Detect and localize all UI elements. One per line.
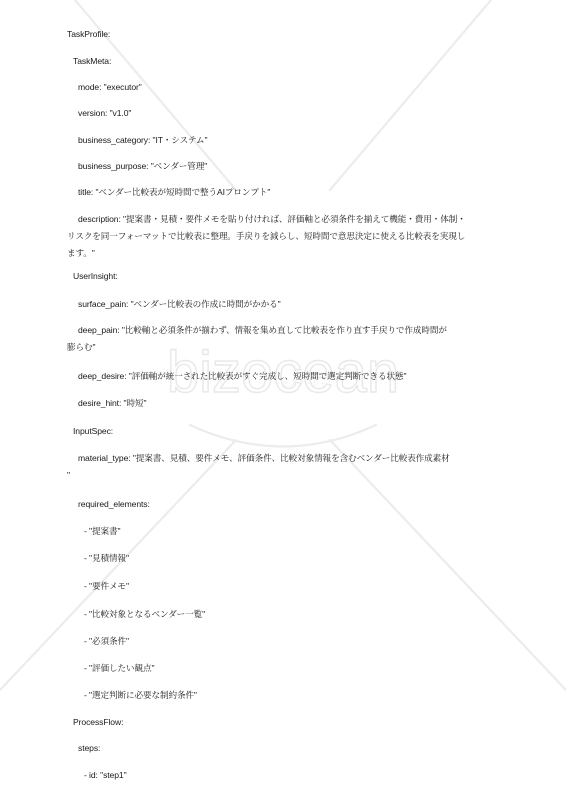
user-insight-heading: UserInsight: bbox=[73, 268, 118, 285]
required-element-item: - "提案書" bbox=[84, 523, 120, 540]
required-element-item: - "見積情報" bbox=[84, 550, 129, 567]
title-field: title: "ベンダー比較表が短時間で整うAIプロンプト" bbox=[78, 184, 270, 201]
required-element-item: - "要件メモ" bbox=[84, 578, 129, 595]
description-field-line1: description: "提案書・見積・要件メモを貼り付ければ、評価軸と必須条… bbox=[78, 211, 466, 228]
required-element-item: - "選定判断に必要な制約条件" bbox=[84, 687, 197, 704]
process-flow-heading: ProcessFlow: bbox=[73, 714, 123, 731]
required-element-item: - "評価したい観点" bbox=[84, 660, 154, 677]
description-field-line2: リスクを同一フォーマットで比較表に整理。手戻りを減らし、短時間で意思決定に使える… bbox=[67, 228, 465, 245]
material-type-field-line2: " bbox=[67, 467, 70, 484]
business-category-field: business_category: "IT・システム" bbox=[78, 132, 207, 149]
deep-pain-field-line2: 膨らむ" bbox=[67, 339, 95, 356]
document-page: TaskProfile: TaskMeta: mode: "executor" … bbox=[0, 0, 566, 800]
mode-field: mode: "executor" bbox=[78, 79, 142, 96]
required-elements-heading: required_elements: bbox=[78, 496, 150, 513]
steps-heading: steps: bbox=[78, 740, 100, 757]
material-type-field-line1: material_type: "提案書、見積、要件メモ、評価条件、比較対象情報を… bbox=[78, 450, 450, 467]
task-meta-heading: TaskMeta: bbox=[73, 53, 111, 70]
root-heading: TaskProfile: bbox=[67, 26, 110, 43]
version-field: version: "v1.0" bbox=[78, 105, 131, 122]
deep-pain-field-line1: deep_pain: "比較軸と必須条件が揃わず、情報を集め直して比較表を作り直… bbox=[78, 322, 447, 339]
business-purpose-field: business_purpose: "ベンダー管理" bbox=[78, 158, 207, 175]
surface-pain-field: surface_pain: "ベンダー比較表の作成に時間がかかる" bbox=[78, 296, 281, 313]
required-element-item: - "必須条件" bbox=[84, 633, 129, 650]
deep-desire-field: deep_desire: "評価軸が統一された比較表がすぐ完成し、短時間で選定判… bbox=[78, 368, 406, 385]
desire-hint-field: desire_hint: "時短" bbox=[78, 395, 146, 412]
required-element-item: - "比較対象となるベンダー一覧" bbox=[84, 606, 205, 623]
description-field-line3: ます。" bbox=[67, 245, 95, 262]
step-id-field: - id: "step1" bbox=[84, 767, 127, 784]
input-spec-heading: InputSpec: bbox=[73, 423, 113, 440]
